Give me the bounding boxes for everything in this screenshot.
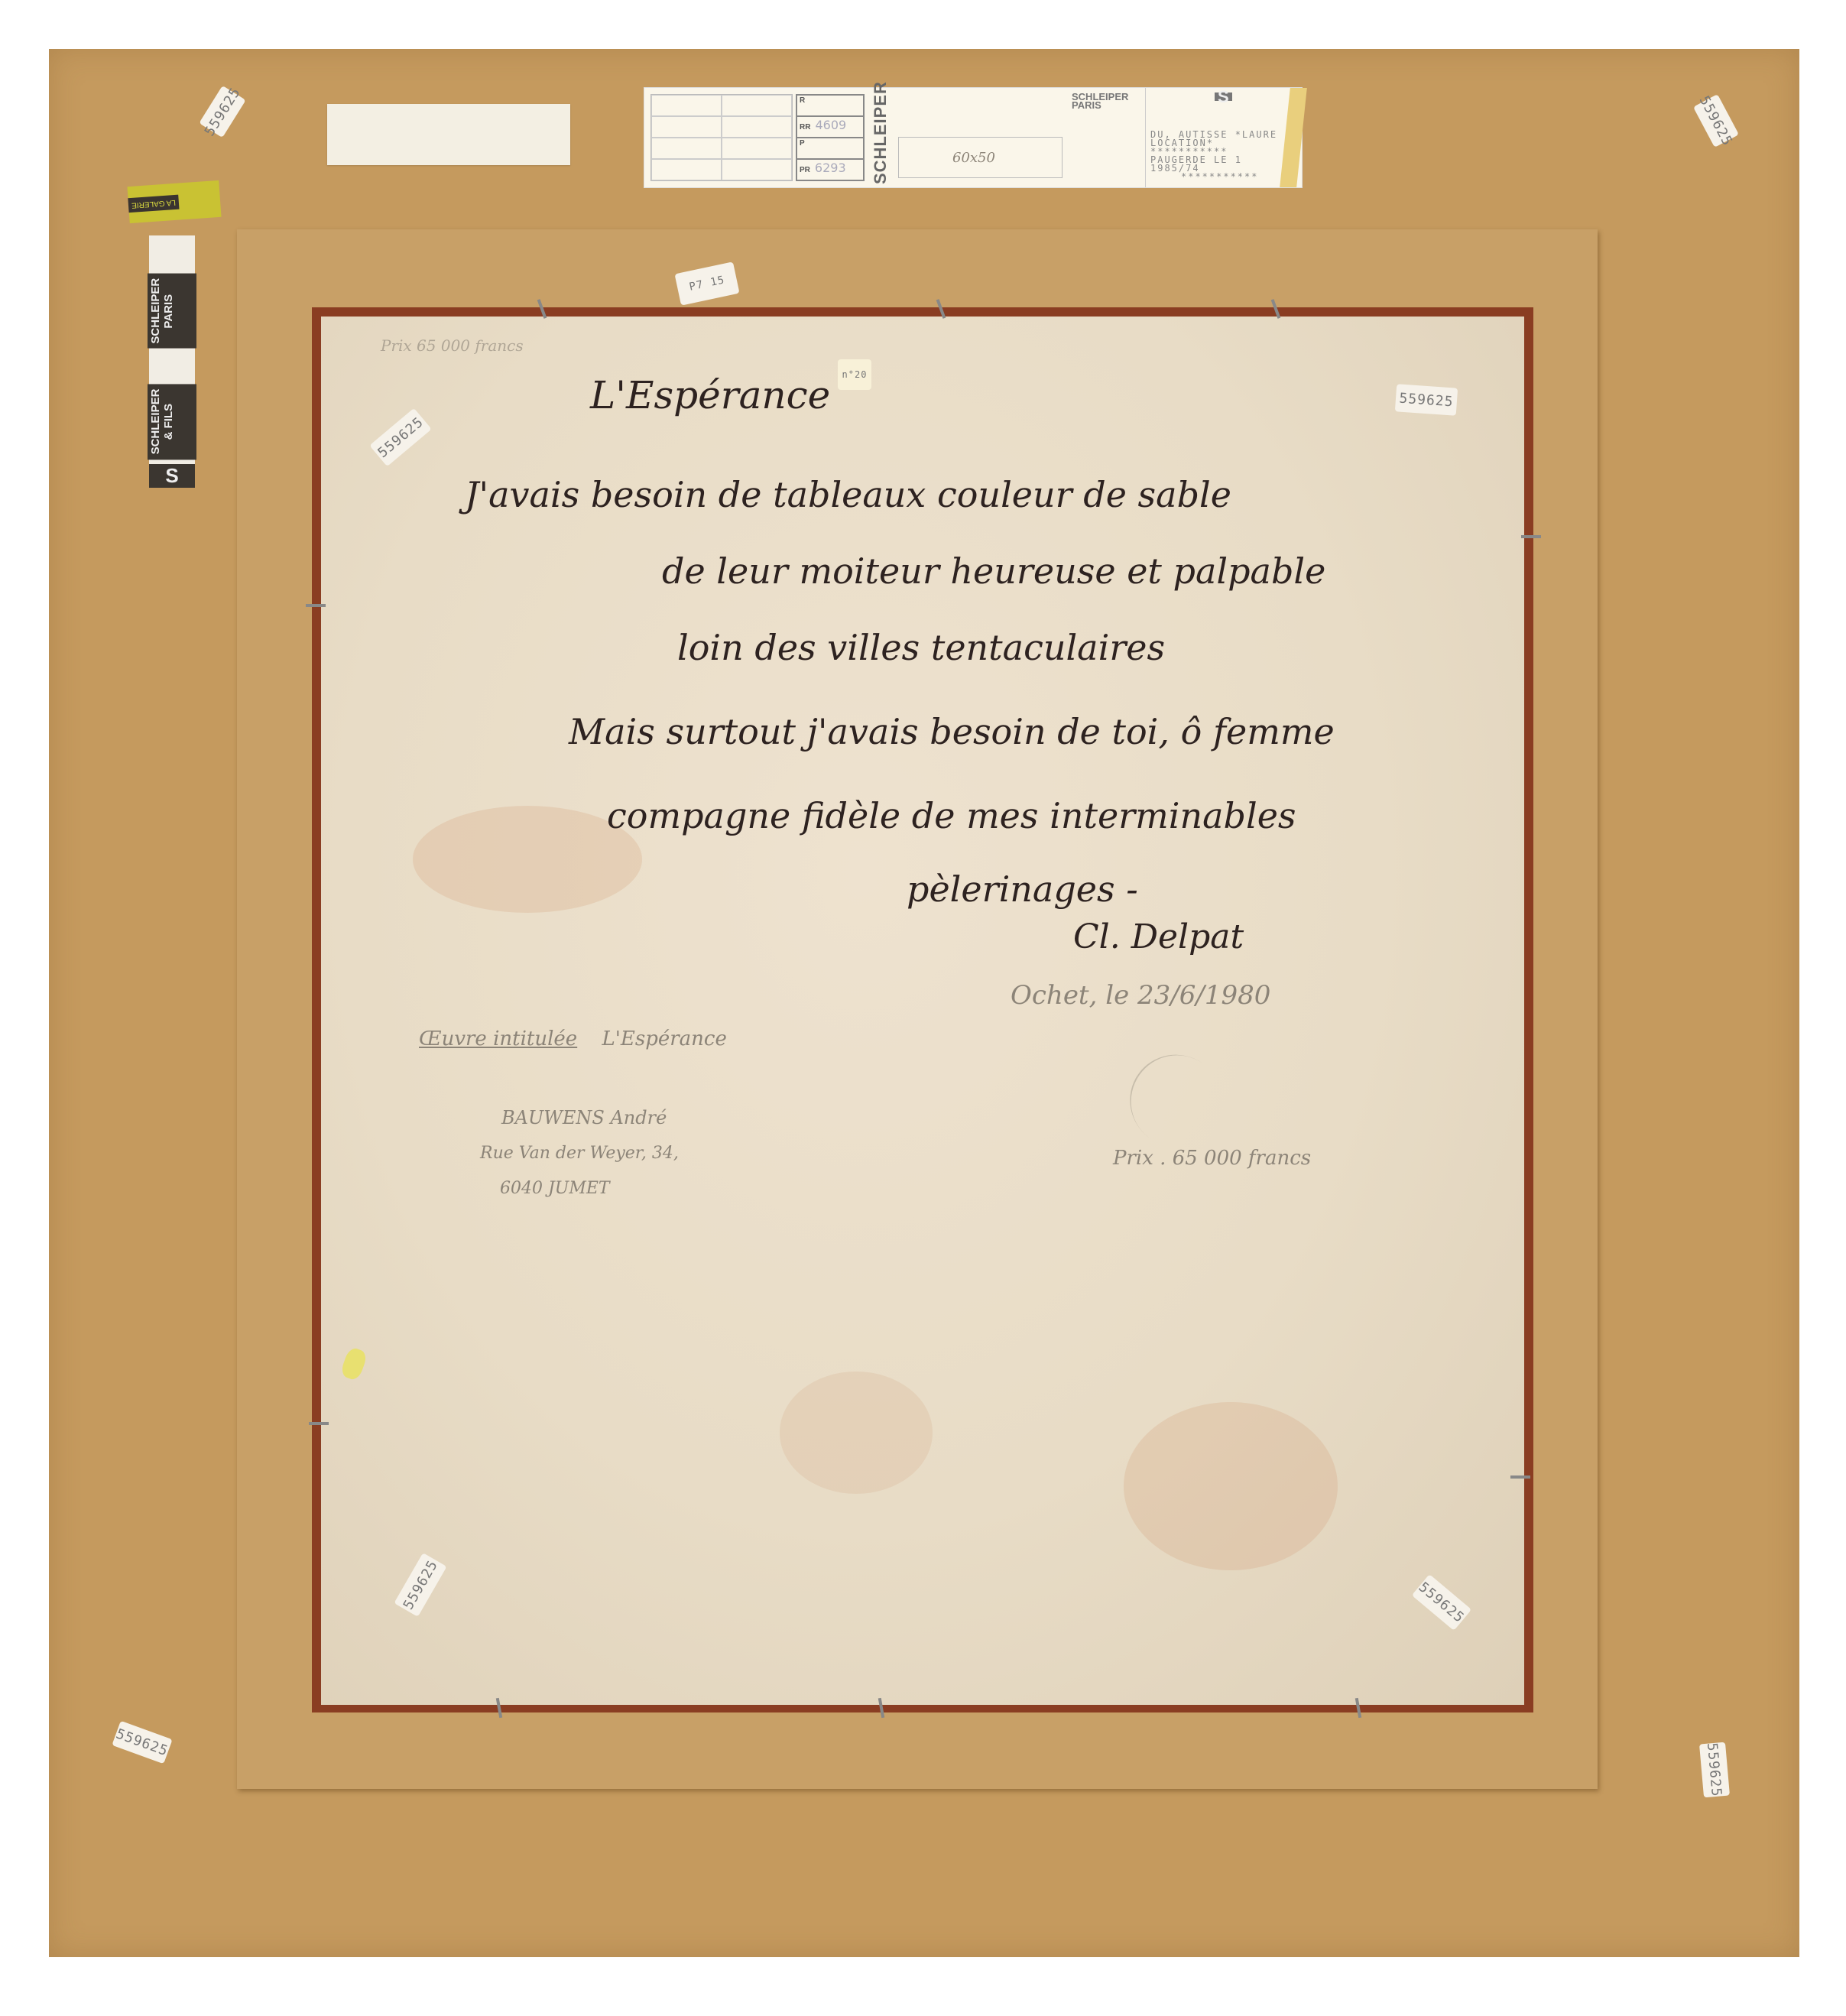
shipping-label: R RR4609 P PR6293 SCHLEIPER 60x50 SCHLEI… (644, 87, 1303, 188)
shipping-sender-block: 60x50 (894, 88, 1067, 187)
shipping-grid (650, 94, 793, 181)
box-r: R (797, 96, 863, 117)
dimensions: 60x50 (952, 154, 995, 162)
shipping-brand-vertical: SCHLEIPER (868, 88, 894, 187)
poem-title: L'Espérance (590, 373, 830, 417)
inventory-label: 559625 (1699, 1742, 1730, 1798)
pencil-title-note: Œuvre intitulée L'Espérance (419, 1027, 727, 1050)
canvas-back (321, 317, 1524, 1705)
side-schleiper-label: SCHLEIPER PARIS SCHLEIPER & FILS S (149, 235, 195, 488)
box-p: P (797, 138, 863, 160)
canvas-tag: n°20 (838, 359, 871, 390)
shipping-code-boxes: R RR4609 P PR6293 (796, 94, 865, 181)
poem-signature: Cl. Delpat (1073, 917, 1244, 956)
box-pr: PR6293 (797, 160, 863, 180)
staple (306, 604, 326, 607)
box-rr: RR4609 (797, 117, 863, 138)
pencil-price-top: Prix 65 000 francs (381, 336, 524, 355)
pencil-owner-city: 6040 JUMET (500, 1179, 610, 1198)
pencil-owner-street: Rue Van der Weyer, 34, (480, 1144, 679, 1163)
masking-tape (327, 104, 570, 165)
poem-line: pèlerinages - (907, 868, 1138, 910)
yellow-paint-spot (339, 1346, 368, 1381)
pencil-date: Ochet, le 23/6/1980 (1011, 980, 1270, 1011)
yellow-gallery-sticker: LA GALERIE (127, 180, 221, 223)
poem-line: loin des villes tentaculaires (677, 627, 1165, 668)
pencil-price: Prix . 65 000 francs (1113, 1147, 1311, 1170)
poem-line: compagne fidèle de mes interminables (607, 795, 1296, 836)
staple (309, 1422, 329, 1425)
stain (780, 1372, 933, 1494)
inventory-label: 559625 (1395, 384, 1458, 415)
shipping-address-block: S DU, AUTISSE *LAURE LOCATION* *********… (1145, 88, 1285, 187)
poem-line: J'avais besoin de tableaux couleur de sa… (465, 474, 1231, 515)
shipping-header: SCHLEIPER PARIS (1067, 88, 1145, 187)
stain (1124, 1402, 1338, 1570)
poem-line: de leur moiteur heureuse et palpable (662, 550, 1325, 592)
staple (1510, 1475, 1530, 1479)
pencil-owner-name: BAUWENS André (501, 1107, 667, 1128)
poem-line: Mais surtout j'avais besoin de toi, ô fe… (569, 711, 1335, 752)
staple (1521, 535, 1541, 538)
schleiper-logo: S (1215, 93, 1232, 101)
